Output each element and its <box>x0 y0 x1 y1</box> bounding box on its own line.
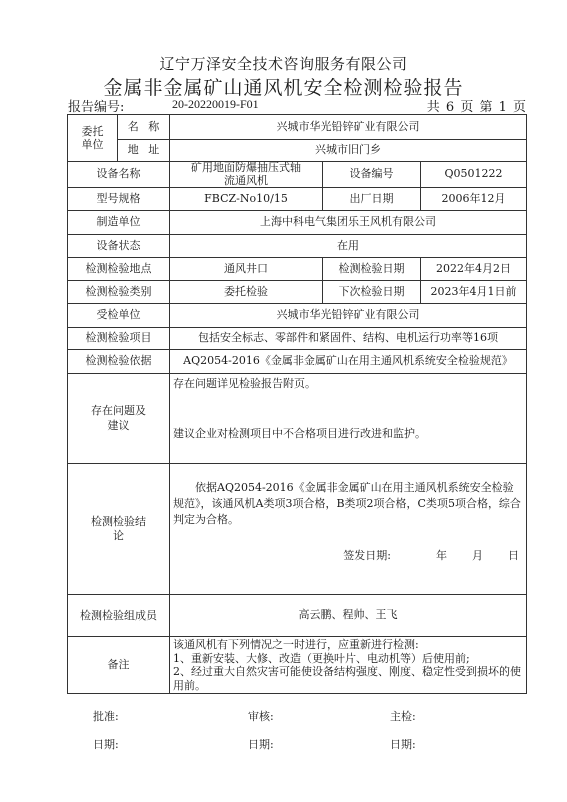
items-value: 包括安全标志、零部件和紧固件、结构、电机运行功率等16项 <box>170 328 527 350</box>
manufacturer-row: 制造单位 上海中科电气集团乐王风机有限公司 <box>68 211 527 235</box>
model-value: FBCZ-No10/15 <box>170 188 323 211</box>
client-name-label: 名 称 <box>118 115 170 140</box>
sign-month: 月 <box>472 549 483 562</box>
location-label: 检测检验地点 <box>68 258 170 281</box>
category-label: 检测检验类别 <box>68 281 170 304</box>
report-number: 20-20220019-F01 <box>172 97 259 112</box>
conclusion-content: 依据AQ2054-2016《金属非金属矿山在用主通风机系统安全检验规范》，该通风… <box>170 464 527 595</box>
inspected-unit-row: 受检单位 兴城市华光铅锌矿业有限公司 <box>68 304 527 328</box>
next-date-label: 下次检验日期 <box>323 281 421 304</box>
review-date-label: 日期: <box>248 736 274 752</box>
chief-inspector-label: 主检: <box>390 708 416 724</box>
remarks-line-2: 1、重新安装、大修、改造（更换叶片、电动机等）后使用前; <box>173 652 523 665</box>
inspected-unit-value: 兴城市华光铅锌矿业有限公司 <box>170 304 527 328</box>
remarks-line-1: 该通风机有下列情况之一时进行，应重新进行检测: <box>173 638 523 651</box>
status-value: 在用 <box>170 235 527 258</box>
location-value: 通风井口 <box>170 258 323 281</box>
remarks-label: 备注 <box>68 637 170 694</box>
conclusion-text: 依据AQ2054-2016《金属非金属矿山在用主通风机系统安全检验规范》，该通风… <box>173 480 523 528</box>
test-date-value: 2022年4月2日 <box>421 258 527 281</box>
approve-date-label: 日期: <box>93 736 119 752</box>
report-number-label: 报告编号: <box>68 96 124 115</box>
sign-day: 日 <box>508 549 519 562</box>
model-label: 型号规格 <box>68 188 170 211</box>
manufacturer-label: 制造单位 <box>68 211 170 235</box>
category-row: 检测检验类别 委托检验 下次检验日期 2023年4月1日前 <box>68 281 527 304</box>
review-label: 审核: <box>248 708 274 724</box>
sign-year: 年 <box>436 549 447 562</box>
client-address-row: 地 址 兴城市旧门乡 <box>68 140 527 162</box>
device-no-label: 设备编号 <box>323 162 421 188</box>
basis-row: 检测检验依据 AQ2054-2016《金属非金属矿山在用主通风机系统安全检验规范… <box>68 350 527 374</box>
items-row: 检测检验项目 包括安全标志、零部件和紧固件、结构、电机运行功率等16项 <box>68 328 527 350</box>
sign-date-label: 签发日期: <box>343 549 391 562</box>
remarks-content: 该通风机有下列情况之一时进行，应重新进行检测: 1、重新安装、大修、改造（更换叶… <box>170 637 527 694</box>
approve-label: 批准: <box>93 708 119 724</box>
status-label: 设备状态 <box>68 235 170 258</box>
location-row: 检测检验地点 通风井口 检测检验日期 2022年4月2日 <box>68 258 527 281</box>
team-label: 检测检验组成员 <box>68 595 170 637</box>
conclusion-label: 检测检验结论 <box>68 464 170 595</box>
status-row: 设备状态 在用 <box>68 235 527 258</box>
manufacturer-value: 上海中科电气集团乐王风机有限公司 <box>170 211 527 235</box>
basis-label: 检测检验依据 <box>68 350 170 374</box>
client-name-row: 委托单位 名 称 兴城市华光铅锌矿业有限公司 <box>68 115 527 140</box>
client-address-label: 地 址 <box>118 140 170 162</box>
factory-date-value: 2006年12月 <box>421 188 527 211</box>
issues-line-1: 存在问题详见检验报告附页。 <box>173 378 523 391</box>
next-date-value: 2023年4月1日前 <box>421 281 527 304</box>
page-info: 共 6 页 第 1 页 <box>420 96 526 115</box>
issues-label: 存在问题及建议 <box>68 374 170 464</box>
issues-content: 存在问题详见检验报告附页。 建议企业对检测项目中不合格项目进行改进和监护。 <box>170 374 527 464</box>
remarks-line-3: 2、经过重大自然灾害可能使设备结构强度、刚度、稳定性受到损坏的使用前。 <box>173 665 523 692</box>
device-name-value: 矿用地面防爆抽压式轴流通风机 <box>170 162 323 188</box>
factory-date-label: 出厂日期 <box>323 188 421 211</box>
chief-date-label: 日期: <box>390 736 416 752</box>
company-name: 辽宁万泽安全技术咨询服务有限公司 <box>0 53 567 74</box>
model-row: 型号规格 FBCZ-No10/15 出厂日期 2006年12月 <box>68 188 527 211</box>
device-name-label: 设备名称 <box>68 162 170 188</box>
client-name-value: 兴城市华光铅锌矿业有限公司 <box>170 115 527 140</box>
client-address-value: 兴城市旧门乡 <box>170 140 527 162</box>
remarks-row: 备注 该通风机有下列情况之一时进行，应重新进行检测: 1、重新安装、大修、改造（… <box>68 637 527 694</box>
issues-line-2: 建议企业对检测项目中不合格项目进行改进和监护。 <box>173 428 523 441</box>
items-label: 检测检验项目 <box>68 328 170 350</box>
issues-row: 存在问题及建议 存在问题详见检验报告附页。 建议企业对检测项目中不合格项目进行改… <box>68 374 527 464</box>
team-row: 检测检验组成员 高云鹏、程帅、王飞 <box>68 595 527 637</box>
device-no-value: Q0501222 <box>421 162 527 188</box>
category-value: 委托检验 <box>170 281 323 304</box>
team-value: 高云鹏、程帅、王飞 <box>170 595 527 637</box>
conclusion-row: 检测检验结论 依据AQ2054-2016《金属非金属矿山在用主通风机系统安全检验… <box>68 464 527 595</box>
inspected-unit-label: 受检单位 <box>68 304 170 328</box>
basis-value: AQ2054-2016《金属非金属矿山在用主通风机系统安全检验规范》 <box>170 350 527 374</box>
device-row: 设备名称 矿用地面防爆抽压式轴流通风机 设备编号 Q0501222 <box>68 162 527 188</box>
client-group-label: 委托单位 <box>68 115 118 162</box>
report-table: 委托单位 名 称 兴城市华光铅锌矿业有限公司 地 址 兴城市旧门乡 设备名称 矿… <box>67 114 527 694</box>
test-date-label: 检测检验日期 <box>323 258 421 281</box>
sign-date-line: 签发日期: 年 月 日 <box>173 550 523 563</box>
